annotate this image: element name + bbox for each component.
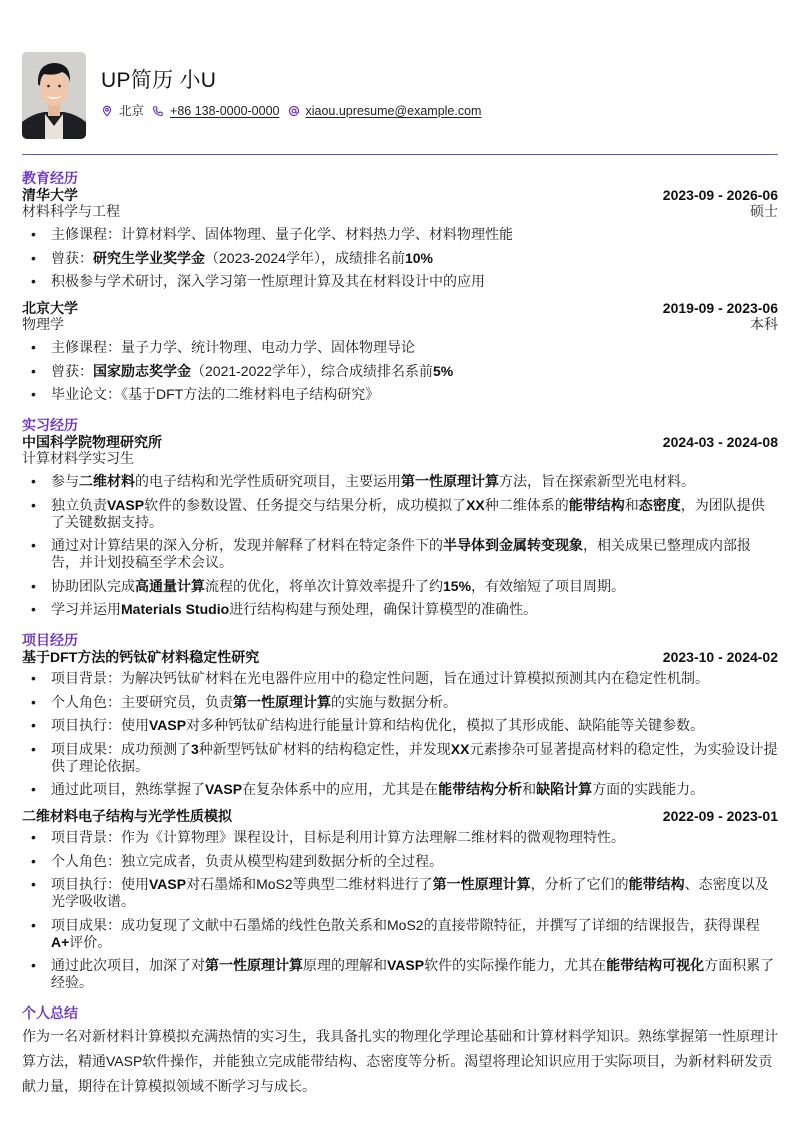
project-name: 二维材料电子结构与光学性质模拟 — [22, 808, 232, 824]
internship-entry: 中国科学院物理研究所 2024-03 - 2024-08 计算材料学实习生 参与… — [22, 434, 778, 618]
summary-section: 个人总结 作为一名对新材料计算模拟充满热情的实习生，我具备扎实的物理化学理论基础… — [22, 1005, 778, 1099]
section-title: 实习经历 — [22, 417, 778, 434]
major: 物理学 — [22, 316, 64, 332]
internship-section: 实习经历 中国科学院物理研究所 2024-03 - 2024-08 计算材料学实… — [22, 417, 778, 618]
project-entry: 二维材料电子结构与光学性质模拟 2022-09 - 2023-01 项目背景：作… — [22, 808, 778, 991]
bullet-list: 项目背景：作为《计算物理》课程设计，目标是利用计算方法理解二维材料的微观物理特性… — [22, 829, 778, 991]
projects-section: 项目经历 基于DFT方法的钙钛矿材料稳定性研究 2023-10 - 2024-0… — [22, 632, 778, 991]
bullet-item: 独立负责VASP软件的参数设置、任务提交与结果分析，成功模拟了XX种二维体系的能… — [22, 497, 778, 531]
bullet-item: 学习并运用Materials Studio进行结构构建与预处理，确保计算模型的准… — [22, 601, 778, 618]
bullet-list: 主修课程：量子力学、统计物理、电动力学、固体物理导论曾获：国家励志奖学金（202… — [22, 339, 778, 403]
bullet-item: 项目成果：成功复现了文献中石墨烯的线性色散关系和MoS2的直接带隙特征，并撰写了… — [22, 917, 778, 951]
bullet-item: 参与二维材料的电子结构和光学性质研究项目，主要运用第一性原理计算方法，旨在探索新… — [22, 473, 778, 490]
date-range: 2023-09 - 2026-06 — [663, 187, 778, 203]
bullet-item: 项目背景：作为《计算物理》课程设计，目标是利用计算方法理解二维材料的微观物理特性… — [22, 829, 778, 846]
bullet-list: 项目背景：为解决钙钛矿材料在光电器件应用中的稳定性问题，旨在通过计算模拟预测其内… — [22, 670, 778, 798]
summary-text: 作为一名对新材料计算模拟充满热情的实习生，我具备扎实的物理化学理论基础和计算材料… — [22, 1024, 778, 1099]
location-pin-icon — [101, 105, 113, 117]
bullet-item: 项目执行：使用VASP对石墨烯和MoS2等典型二维材料进行了第一性原理计算，分析… — [22, 876, 778, 910]
role: 计算材料学实习生 — [22, 450, 134, 466]
location-text: 北京 — [119, 103, 144, 119]
major: 材料科学与工程 — [22, 203, 120, 219]
avatar — [22, 52, 86, 139]
bullet-list: 主修课程：计算材料学、固体物理、量子化学、材料热力学、材料物理性能曾获：研究生学… — [22, 226, 778, 290]
organization-name: 中国科学院物理研究所 — [22, 434, 162, 450]
at-sign-icon — [288, 105, 300, 117]
degree: 本科 — [750, 316, 778, 332]
resume-header: UP简历 小U 北京 +86 138-0000-0000 — [22, 0, 778, 140]
bullet-list: 参与二维材料的电子结构和光学性质研究项目，主要运用第一性原理计算方法，旨在探索新… — [22, 473, 778, 618]
school-name: 北京大学 — [22, 300, 78, 316]
bullet-item: 通过此次项目，加深了对第一性原理计算原理的理解和VASP软件的实际操作能力，尤其… — [22, 957, 778, 991]
bullet-item: 主修课程：计算材料学、固体物理、量子化学、材料热力学、材料物理性能 — [22, 226, 778, 243]
date-range: 2019-09 - 2023-06 — [663, 300, 778, 316]
bullet-item: 毕业论文：《基于DFT方法的二维材料电子结构研究》 — [22, 386, 778, 403]
header-divider — [22, 154, 778, 155]
phone-link[interactable]: +86 138-0000-0000 — [170, 103, 279, 119]
bullet-item: 项目背景：为解决钙钛矿材料在光电器件应用中的稳定性问题，旨在通过计算模拟预测其内… — [22, 670, 778, 687]
email[interactable]: xiaou.upresume@example.com — [288, 103, 482, 119]
school-name: 清华大学 — [22, 187, 78, 203]
date-range: 2022-09 - 2023-01 — [663, 808, 778, 824]
bullet-item: 项目成果：成功预测了3种新型钙钛矿材料的结构稳定性，并发现XX元素掺杂可显著提高… — [22, 741, 778, 775]
bullet-item: 个人角色：主要研究员，负责第一性原理计算的实施与数据分析。 — [22, 694, 778, 711]
date-range: 2023-10 - 2024-02 — [663, 649, 778, 665]
section-title: 个人总结 — [22, 1005, 778, 1022]
contact-info: 北京 +86 138-0000-0000 xiaou.upresume@exam… — [101, 103, 489, 119]
phone[interactable]: +86 138-0000-0000 — [152, 103, 279, 119]
bullet-item: 曾获：国家励志奖学金（2021-2022学年），综合成绩排名系前5% — [22, 363, 778, 380]
education-entry: 清华大学 2023-09 - 2026-06 材料科学与工程 硕士 主修课程：计… — [22, 187, 778, 290]
section-title: 教育经历 — [22, 170, 778, 187]
phone-icon — [152, 105, 164, 117]
section-title: 项目经历 — [22, 632, 778, 649]
candidate-name: UP简历 小U — [101, 67, 489, 95]
bullet-item: 个人角色：独立完成者，负责从模型构建到数据分析的全过程。 — [22, 853, 778, 870]
bullet-item: 主修课程：量子力学、统计物理、电动力学、固体物理导论 — [22, 339, 778, 356]
email-link[interactable]: xiaou.upresume@example.com — [306, 103, 482, 119]
bullet-item: 项目执行：使用VASP对多种钙钛矿结构进行能量计算和结构优化，模拟了其形成能、缺… — [22, 717, 778, 734]
bullet-item: 通过对计算结果的深入分析，发现并解释了材料在特定条件下的半导体到金属转变现象，相… — [22, 537, 778, 571]
education-entry: 北京大学 2019-09 - 2023-06 物理学 本科 主修课程：量子力学、… — [22, 300, 778, 403]
project-entry: 基于DFT方法的钙钛矿材料稳定性研究 2023-10 - 2024-02 项目背… — [22, 649, 778, 798]
education-section: 教育经历 清华大学 2023-09 - 2026-06 材料科学与工程 硕士 主… — [22, 170, 778, 403]
date-range: 2024-03 - 2024-08 — [663, 434, 778, 450]
bullet-item: 曾获：研究生学业奖学金（2023-2024学年），成绩排名前10% — [22, 250, 778, 267]
bullet-item: 协助团队完成高通量计算流程的优化，将单次计算效率提升了约15%，有效缩短了项目周… — [22, 578, 778, 595]
bullet-item: 积极参与学术研讨，深入学习第一性原理计算及其在材料设计中的应用 — [22, 273, 778, 290]
location: 北京 — [101, 103, 144, 119]
bullet-item: 通过此项目，熟练掌握了VASP在复杂体系中的应用，尤其是在能带结构分析和缺陷计算… — [22, 781, 778, 798]
project-name: 基于DFT方法的钙钛矿材料稳定性研究 — [22, 649, 259, 665]
degree: 硕士 — [750, 203, 778, 219]
profile-photo — [22, 52, 86, 139]
